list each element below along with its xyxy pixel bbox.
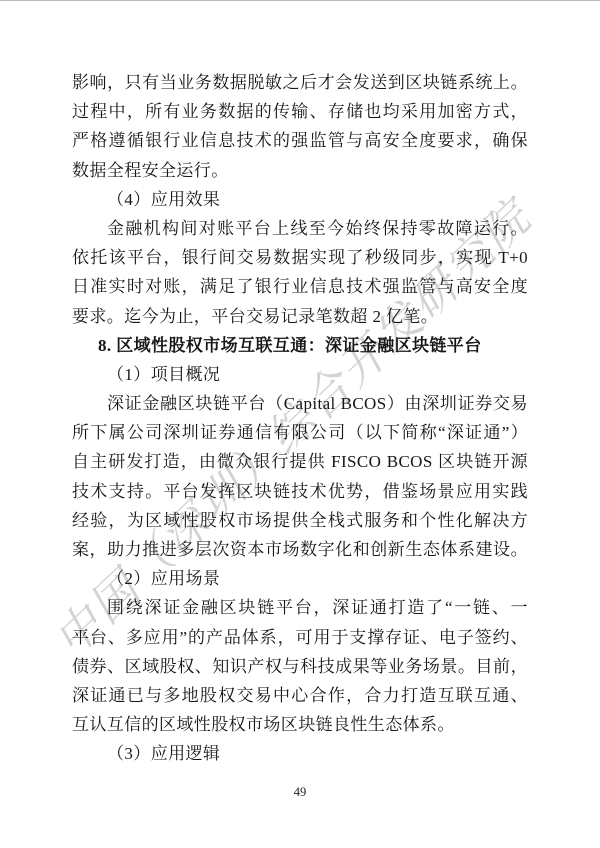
text-line: （2）应用场景 xyxy=(72,564,528,593)
text-line: 平台、多应用”的产品体系，可用于支撑存证、电子签约、 xyxy=(72,623,528,652)
page-top-border xyxy=(0,0,600,1)
text-line: 影响，只有当业务数据脱敏之后才会发送到区块链系统上。 xyxy=(72,68,528,97)
text-line: 技术支持。平台发挥区块链技术优势，借鉴场景应用实践 xyxy=(72,477,528,506)
text-line: 自主研发打造，由微众银行提供 FISCO BCOS 区块链开源 xyxy=(72,447,528,476)
text-line: 8. 区域性股权市场互联互通：深证金融区块链平台 xyxy=(72,331,528,360)
text-line: 依托该平台，银行间交易数据实现了秒级同步，实现 T+0 xyxy=(72,243,528,272)
text-line: 债券、区域股权、知识产权与科技成果等业务场景。目前， xyxy=(72,652,528,681)
text-line: 金融机构间对账平台上线至今始终保持零故障运行。 xyxy=(72,214,528,243)
text-line: （1）项目概况 xyxy=(72,360,528,389)
text-line: 数据全程安全运行。 xyxy=(72,156,528,185)
text-line: 要求。迄今为止，平台交易记录笔数超 2 亿笔。 xyxy=(72,302,528,331)
text-line: 互认互信的区域性股权市场区块链良性生态体系。 xyxy=(72,710,528,739)
text-line: （3）应用逻辑 xyxy=(72,739,528,768)
text-line: （4）应用效果 xyxy=(72,185,528,214)
text-line: 所下属公司深圳证券通信有限公司（以下简称“深证通”） xyxy=(72,418,528,447)
document-page: 中国（深圳）综合开发研究院 影响，只有当业务数据脱敏之后才会发送到区块链系统上。… xyxy=(0,0,600,848)
text-line: 案，助力推进多层次资本市场数字化和创新生态体系建设。 xyxy=(72,535,528,564)
text-line: 深证金融区块链平台（Capital BCOS）由深圳证券交易 xyxy=(72,389,528,418)
text-line: 深证通已与多地股权交易中心合作，合力打造互联互通、 xyxy=(72,681,528,710)
text-line: 过程中，所有业务数据的传输、存储也均采用加密方式， xyxy=(72,97,528,126)
text-line: 日准实时对账，满足了银行业信息技术强监管与高安全度 xyxy=(72,272,528,301)
page-body-text: 影响，只有当业务数据脱敏之后才会发送到区块链系统上。过程中，所有业务数据的传输、… xyxy=(72,68,528,769)
text-line: 经验，为区域性股权市场提供全栈式服务和个性化解决方 xyxy=(72,506,528,535)
text-line: 围绕深证金融区块链平台，深证通打造了“一链、一 xyxy=(72,593,528,622)
page-number: 49 xyxy=(0,785,600,800)
text-line: 严格遵循银行业信息技术的强监管与高安全度要求，确保 xyxy=(72,126,528,155)
